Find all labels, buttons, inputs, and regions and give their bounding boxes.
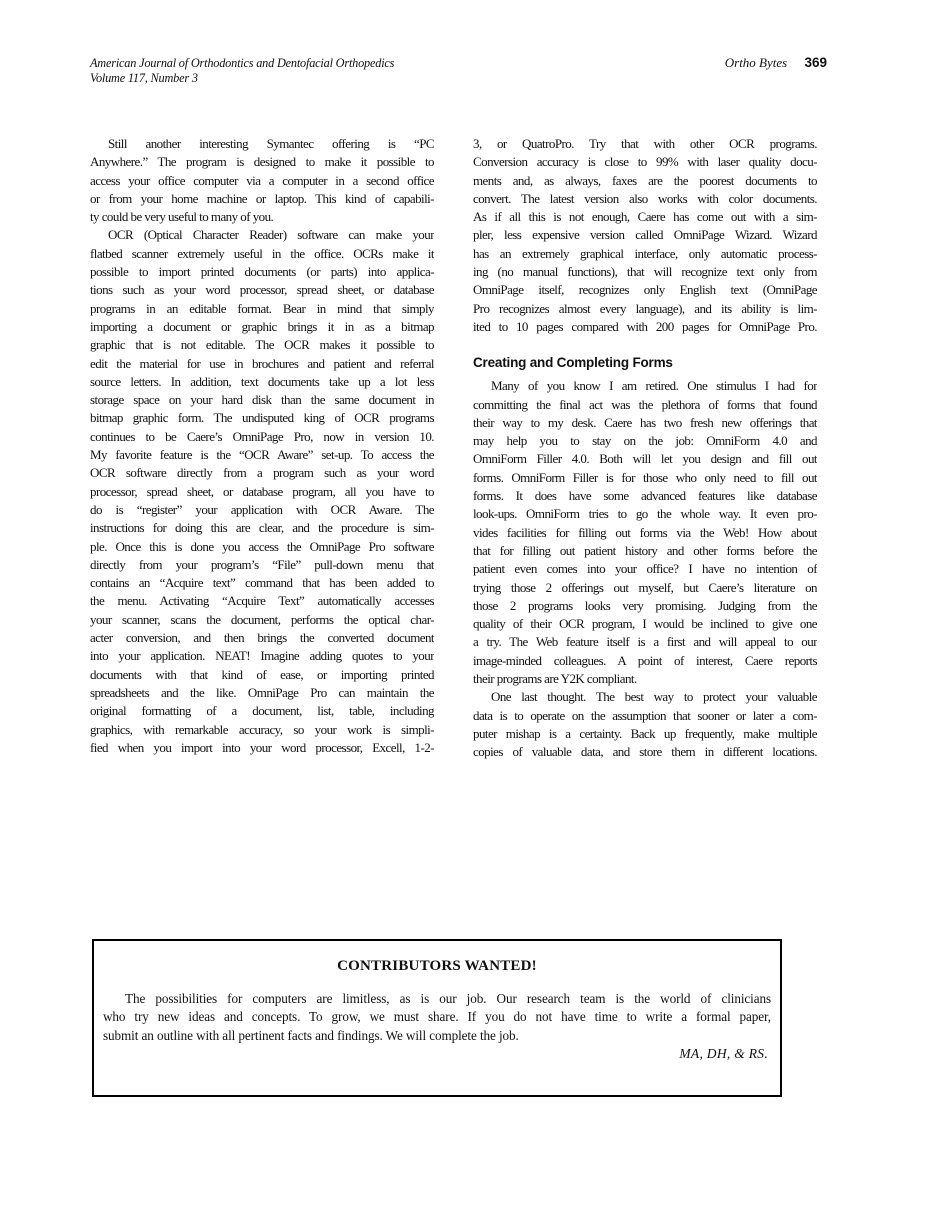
article-body: Still another interesting Symantec offer…: [90, 135, 950, 762]
text-line: possible to import printed documents (or…: [90, 263, 434, 281]
text-line: committing the final act was the plethor…: [473, 396, 817, 414]
text-line: copies of valuable data, and store them …: [473, 743, 817, 761]
text-line: Still another interesting Symantec offer…: [90, 135, 434, 153]
text-line: forms. OmniForm Filler is for those who …: [473, 469, 817, 487]
text-line: edit the material for use in brochures a…: [90, 355, 434, 373]
text-line: OCR (Optical Character Reader) software …: [90, 226, 434, 244]
text-line: contains an “Acquire text” command that …: [90, 574, 434, 592]
text-line: Many of you know I am retired. One stimu…: [473, 377, 817, 395]
running-head: American Journal of Orthodontics and Den…: [90, 56, 827, 85]
text-line: instructions for doing this are clear, a…: [90, 519, 434, 537]
text-line: look-ups. OmniForm tries to go the whole…: [473, 505, 817, 523]
text-line: quality of their OCR program, I would be…: [473, 615, 817, 633]
text-line: OmniPage itself, recognizes only English…: [473, 281, 817, 299]
text-line: their programs are Y2K compliant.: [473, 670, 817, 688]
text-line: My favorite feature is the “OCR Aware” s…: [90, 446, 434, 464]
text-column-left: Still another interesting Symantec offer…: [90, 135, 434, 762]
text-line: One last thought. The best way to protec…: [473, 688, 817, 706]
text-line: acter conversion, and then brings the co…: [90, 629, 434, 647]
text-line: ing (no manual functions), that will rec…: [473, 263, 817, 281]
running-head-left: American Journal of Orthodontics and Den…: [90, 56, 394, 85]
text-line: convert. The latest version also works w…: [473, 190, 817, 208]
text-line: Anywhere.” The program is designed to ma…: [90, 153, 434, 171]
text-column-right: 3, or QuatroPro. Try that with other OCR…: [473, 135, 817, 762]
text-line: do is “register” your application with O…: [90, 501, 434, 519]
text-line: 3, or QuatroPro. Try that with other OCR…: [473, 135, 817, 153]
text-line: OCR software directly from a program suc…: [90, 464, 434, 482]
text-line: tions such as your word processor, sprea…: [90, 281, 434, 299]
text-line: patient even comes into your office? I h…: [473, 560, 817, 578]
text-line: flatbed scanner extremely useful in the …: [90, 245, 434, 263]
text-line: Conversion accuracy is close to 99% with…: [473, 153, 817, 171]
section-heading: Creating and Completing Forms: [473, 353, 817, 372]
contributors-box-title: CONTRIBUTORS WANTED!: [103, 957, 771, 976]
text-line: fied when you import into your word proc…: [90, 739, 434, 757]
text-line: ited to 10 pages compared with 200 pages…: [473, 318, 817, 336]
text-line: may help you to stay on the job: OmniFor…: [473, 432, 817, 450]
text-line: graphic that is not editable. The OCR ma…: [90, 336, 434, 354]
text-line: data is to operate on the assumption tha…: [473, 707, 817, 725]
text-line: a try. The Web feature itself is a first…: [473, 633, 817, 651]
text-line: documents with that kind of ease, or imp…: [90, 666, 434, 684]
volume-number-line: Volume 117, Number 3: [90, 71, 394, 86]
journal-page: American Journal of Orthodontics and Den…: [0, 0, 950, 1230]
running-head-right: Ortho Bytes 369: [725, 56, 827, 71]
text-line: the menu. Activating “Acquire Text” auto…: [90, 592, 434, 610]
text-line: or from your home machine or laptop. Thi…: [90, 190, 434, 208]
contributors-box-line: who try new ideas and concepts. To grow,…: [103, 1008, 771, 1027]
text-line: pler, less expensive version called Omni…: [473, 226, 817, 244]
text-line: directly from your program’s “File” pull…: [90, 556, 434, 574]
text-line: forms. It does have some advanced featur…: [473, 487, 817, 505]
contributors-box-text: The possibilities for computers are limi…: [103, 990, 771, 1046]
page-number: 369: [804, 55, 827, 70]
contributors-box-line: submit an outline with all pertinent fac…: [103, 1027, 771, 1046]
text-line: image-minded colleagues. A point of inte…: [473, 652, 817, 670]
text-line: that for filling out patient history and…: [473, 542, 817, 560]
text-line: importing a document or graphic brings i…: [90, 318, 434, 336]
text-line: your scanner, scans the document, perfor…: [90, 611, 434, 629]
text-line: their way to my desk. Caere has two fres…: [473, 414, 817, 432]
text-line: source letters. In addition, text docume…: [90, 373, 434, 391]
text-line: spreadsheets and the like. OmniPage Pro …: [90, 684, 434, 702]
text-line: As if all this is not enough, Caere has …: [473, 208, 817, 226]
text-line: ple. Once this is done you access the Om…: [90, 538, 434, 556]
text-line: access your office computer via a comput…: [90, 172, 434, 190]
text-line: those 2 programs looks very promising. J…: [473, 597, 817, 615]
text-line: Pro recognizes almost every language), a…: [473, 300, 817, 318]
contributors-box-signature: MA, DH, & RS.: [103, 1045, 771, 1064]
text-line: vides facilities for filling out forms v…: [473, 524, 817, 542]
text-line: storage space on your hard disk than the…: [90, 391, 434, 409]
contributors-box-line: The possibilities for computers are limi…: [103, 990, 771, 1009]
text-line: OmniForm Filler 4.0. Both will let you d…: [473, 450, 817, 468]
text-line: bitmap graphic form. The undisputed king…: [90, 409, 434, 427]
contributors-box: CONTRIBUTORS WANTED! The possibilities f…: [92, 939, 782, 1097]
text-line: processor, spread sheet, or database pro…: [90, 483, 434, 501]
journal-title: American Journal of Orthodontics and Den…: [90, 56, 394, 71]
text-line: ments and, as always, faxes are the poor…: [473, 172, 817, 190]
section-title: Ortho Bytes: [725, 55, 787, 70]
text-line: trying those 2 offerings out myself, but…: [473, 579, 817, 597]
text-line: has an extremely graphical interface, on…: [473, 245, 817, 263]
text-line: graphics, with remarkable accuracy, so y…: [90, 721, 434, 739]
text-line: ty could be very useful to many of you.: [90, 208, 434, 226]
text-line: programs in an editable format. Bear in …: [90, 300, 434, 318]
text-line: puter mishap is a certainty. Back up fre…: [473, 725, 817, 743]
text-line: original formatting of a document, list,…: [90, 702, 434, 720]
text-line: continues to be Caere’s OmniPage Pro, no…: [90, 428, 434, 446]
text-line: into your application. NEAT! Imagine add…: [90, 647, 434, 665]
